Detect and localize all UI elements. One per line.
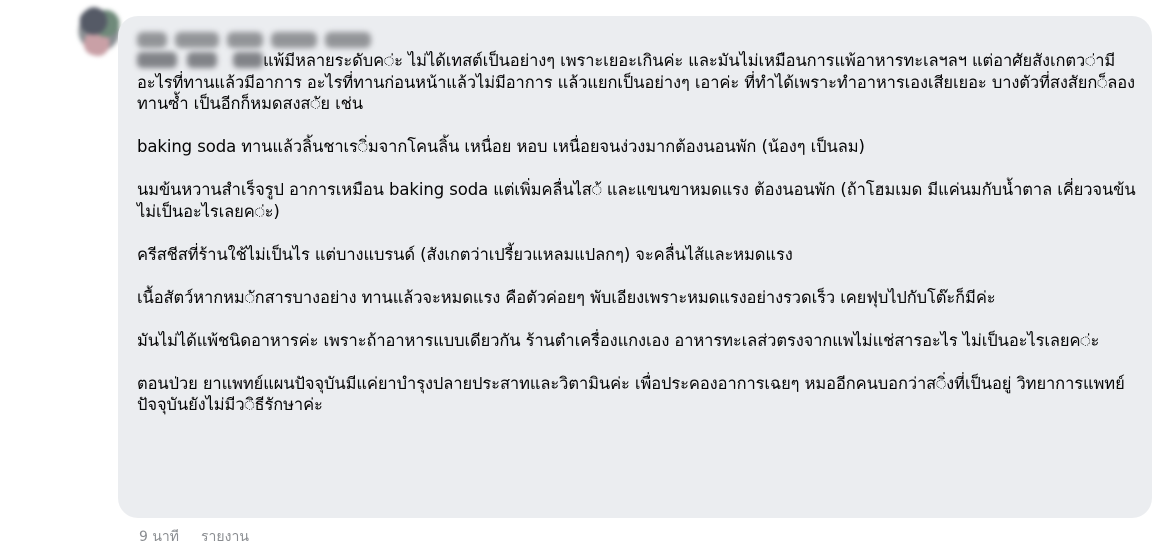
comment-meta: 9 นาที รายงาน (139, 526, 249, 548)
author-name-redacted[interactable] (137, 28, 1136, 50)
redaction-block (175, 32, 219, 48)
comment-paragraph: ครีสชีสที่ร้านใช้ไม่เป็นไร แต่บางแบรนด์ … (137, 244, 1136, 266)
redaction-block (227, 32, 263, 48)
comment-bubble: แพ้มีหลายระดับค◌่ะ ไม่ได้เทสต์เป็นอย่างๆ… (118, 16, 1152, 518)
redaction-block (271, 32, 317, 48)
comment-paragraph: นมข้นหวานสำเร็จรูป อาการเหมือน baking so… (137, 179, 1136, 222)
redacted-text (137, 52, 263, 68)
comment-paragraph: แพ้มีหลายระดับค◌่ะ ไม่ได้เทสต์เป็นอย่างๆ… (137, 50, 1136, 115)
comment-paragraph: มันไม่ได้แพ้ชนิดอาหารค่ะ เพราะถ้าอาหารแบ… (137, 330, 1136, 352)
redaction-block (325, 32, 371, 48)
avatar[interactable] (76, 6, 122, 56)
comment-body: แพ้มีหลายระดับค◌่ะ ไม่ได้เทสต์เป็นอย่างๆ… (137, 50, 1136, 416)
report-link[interactable]: รายงาน (201, 526, 249, 548)
redaction-block (137, 32, 167, 48)
comment-paragraph: baking soda ทานแล้วลิ้นชาเร◌ิ่มจากโคนลิ้… (137, 136, 1136, 158)
comment-paragraph: ตอนป่วย ยาแพทย์แผนปัจจุบันมีแค่ยาบำรุงปล… (137, 373, 1136, 416)
timestamp-link[interactable]: 9 นาที (139, 526, 179, 548)
comment-paragraph: เนื้อสัตว์หากหม◌ักสารบางอย่าง ทานแล้วจะห… (137, 287, 1136, 309)
